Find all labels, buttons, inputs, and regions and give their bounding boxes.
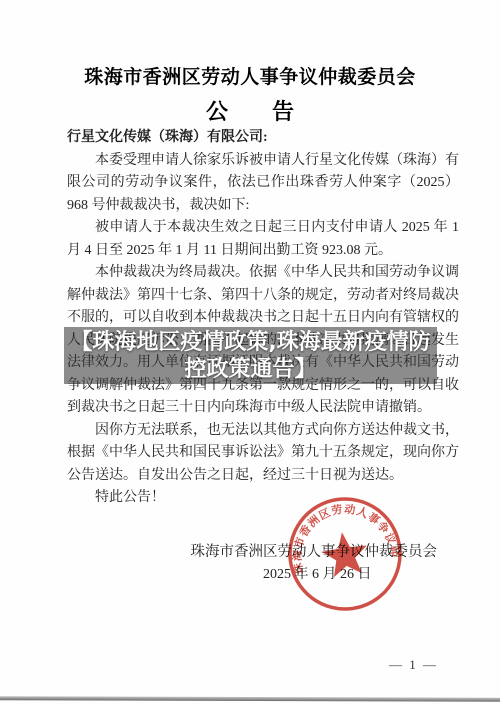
paragraph-closing: 特此公告！	[67, 487, 459, 510]
paragraph-award: 被申请人于本裁决生效之日起三日内支付申请人 2025 年 1 月 4 日至 20…	[67, 217, 459, 262]
watermark-line-1: 【珠海地区疫情政策,珠海最新疫情防	[70, 329, 430, 356]
addressee-line: 行星文化传媒（珠海）有限公司:	[67, 127, 459, 150]
document-page: 珠海市香洲区劳动人事争议仲裁委员会 公 告 行星文化传媒（珠海）有限公司: 本委…	[0, 0, 500, 706]
document-subtitle: 公 告	[0, 95, 500, 126]
watermark-line-2: 控政策通告】	[70, 356, 430, 383]
paragraph-service-by-publication: 因你方无法联系，也无法以其他方式向你方送达仲裁文书，根据《中华人民共和国民事诉讼…	[67, 420, 459, 488]
signature-date: 2025 年 6 月 26 日	[263, 563, 372, 583]
document-body: 行星文化传媒（珠海）有限公司: 本委受理申请人徐家乐诉被申请人行星文化传媒（珠海…	[67, 127, 459, 510]
page-number: — 1 —	[389, 657, 438, 673]
watermark-overlay-text: 【珠海地区疫情政策,珠海最新疫情防 控政策通告】	[70, 329, 430, 383]
paragraph-case-intro: 本委受理申请人徐家乐诉被申请人行星文化传媒（珠海）有限公司的劳动争议案件，依法已…	[67, 150, 459, 218]
watermark-overlay-band: 【珠海地区疫情政策,珠海最新疫情防 控政策通告】	[64, 327, 437, 384]
document-title: 珠海市香洲区劳动人事争议仲裁委员会	[0, 62, 500, 89]
scanned-page-bottom-edge	[0, 696, 500, 702]
signature-organization: 珠海市香洲区劳动人事争议仲裁委员会	[0, 540, 437, 561]
